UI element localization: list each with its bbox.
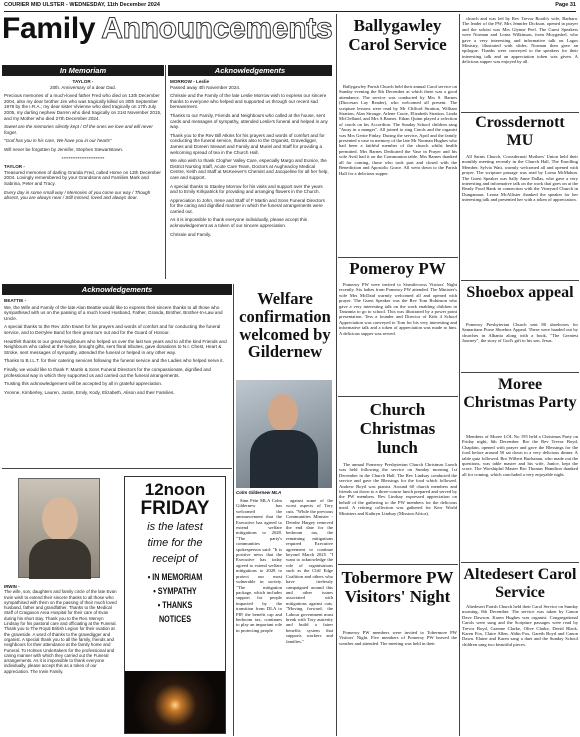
column-rule — [233, 284, 234, 736]
in-memoriam-label: In Memoriam — [2, 65, 164, 76]
in-memoriam-notices: TAYLOR - 20th. Anniversary of a dear Dad… — [4, 79, 162, 279]
acknowledgements-section-top: Acknowledgements — [168, 65, 332, 76]
ad-item: • SYMPATHY — [135, 584, 215, 598]
divider — [2, 468, 232, 469]
ballygawley-headline: Ballygawley Carol Service — [338, 16, 457, 54]
candle-image — [125, 671, 225, 733]
irwin-photo — [18, 478, 100, 578]
altedesert-headline: Altedesert Carol Service — [461, 566, 579, 602]
acknowledgements-label: Acknowledgements — [168, 65, 332, 76]
divider — [338, 564, 458, 565]
tobermore-headline: Tobermore PW Visitors' Night — [338, 568, 457, 606]
welfare-headline: Welfare confirmation welcomed by Gildern… — [236, 290, 334, 361]
ballygawley-body: Ballygawley Parish Church held their ann… — [339, 84, 457, 256]
divider — [338, 396, 458, 397]
ad-item: • THANKS — [135, 598, 215, 612]
ad-item: • IN MEMORIAM — [135, 570, 215, 584]
church-lunch-headline: Church Christmas lunch — [338, 400, 457, 457]
page-number: Page 31 — [555, 2, 576, 11]
divider — [338, 257, 458, 258]
page-header: COURIER MID ULSTER - WEDNESDAY, 11th Dec… — [4, 2, 576, 12]
pomeroy-pw-body: Pomeroy PW were invited to Sixmilecross … — [339, 282, 457, 394]
acknowledgements-section-mid: Acknowledgements — [2, 284, 232, 295]
publication-date: COURIER MID ULSTER - WEDNESDAY, 11th Dec… — [4, 2, 160, 11]
church-lunch-body: The annual Pomeroy Presbyterian Church C… — [339, 462, 457, 562]
moree-body: Members of Moree LOL No 195 held a Chris… — [462, 434, 578, 560]
welfare-column-2: against some of the worst aspects of Tor… — [286, 498, 333, 736]
divider — [461, 562, 579, 563]
photo-caption: Colm Gildernew MLA — [236, 490, 281, 495]
beattie-acknowledgement: BEATTIE - We, the Wife and Family of the… — [4, 298, 230, 466]
divider — [461, 280, 579, 281]
divider — [461, 112, 579, 113]
crossdernott-body: All Saints Church, Crossdernott Mothers'… — [462, 154, 578, 278]
morrow-acknowledgement: MORROW - Leslie Passed away 4th November… — [170, 79, 330, 279]
ad-item: NOTICES — [135, 612, 215, 626]
column-rule — [165, 65, 166, 279]
section-title: FamilyAnnouncements — [2, 12, 332, 50]
welfare-column-1: Sinn Féin MLA Colm Gildernew has welcome… — [236, 498, 282, 736]
pomeroy-pw-headline: Pomeroy PW — [338, 260, 457, 278]
irwin-acknowledgement: IRWIN - The wife, son, daughters and fam… — [4, 584, 118, 736]
column-rule — [336, 14, 337, 736]
acknowledgements-label: Acknowledgements — [2, 284, 232, 295]
in-memoriam-section: In Memoriam — [2, 65, 164, 76]
tobermore-body: Pomeroy PW members were invited to Tober… — [339, 630, 457, 736]
tobermore-continuation: church and was led by Rev Trevor Booth's… — [462, 16, 578, 110]
gildernew-photo — [236, 380, 332, 488]
crossdernott-headline: Crossdernott MU — [461, 114, 579, 150]
divider — [461, 372, 579, 373]
altedesert-body: Altedesert Parish Church held their Caro… — [462, 604, 578, 736]
moree-headline: Moree Christmas Party — [461, 376, 579, 412]
column-rule — [459, 14, 460, 736]
shoebox-body: Pomeroy Presbyterian Church sent 80 shoe… — [462, 322, 578, 370]
shoebox-headline: Shoebox appeal — [461, 284, 579, 302]
deadline-advert: 12noon FRIDAY is the latest time for the… — [124, 476, 226, 734]
